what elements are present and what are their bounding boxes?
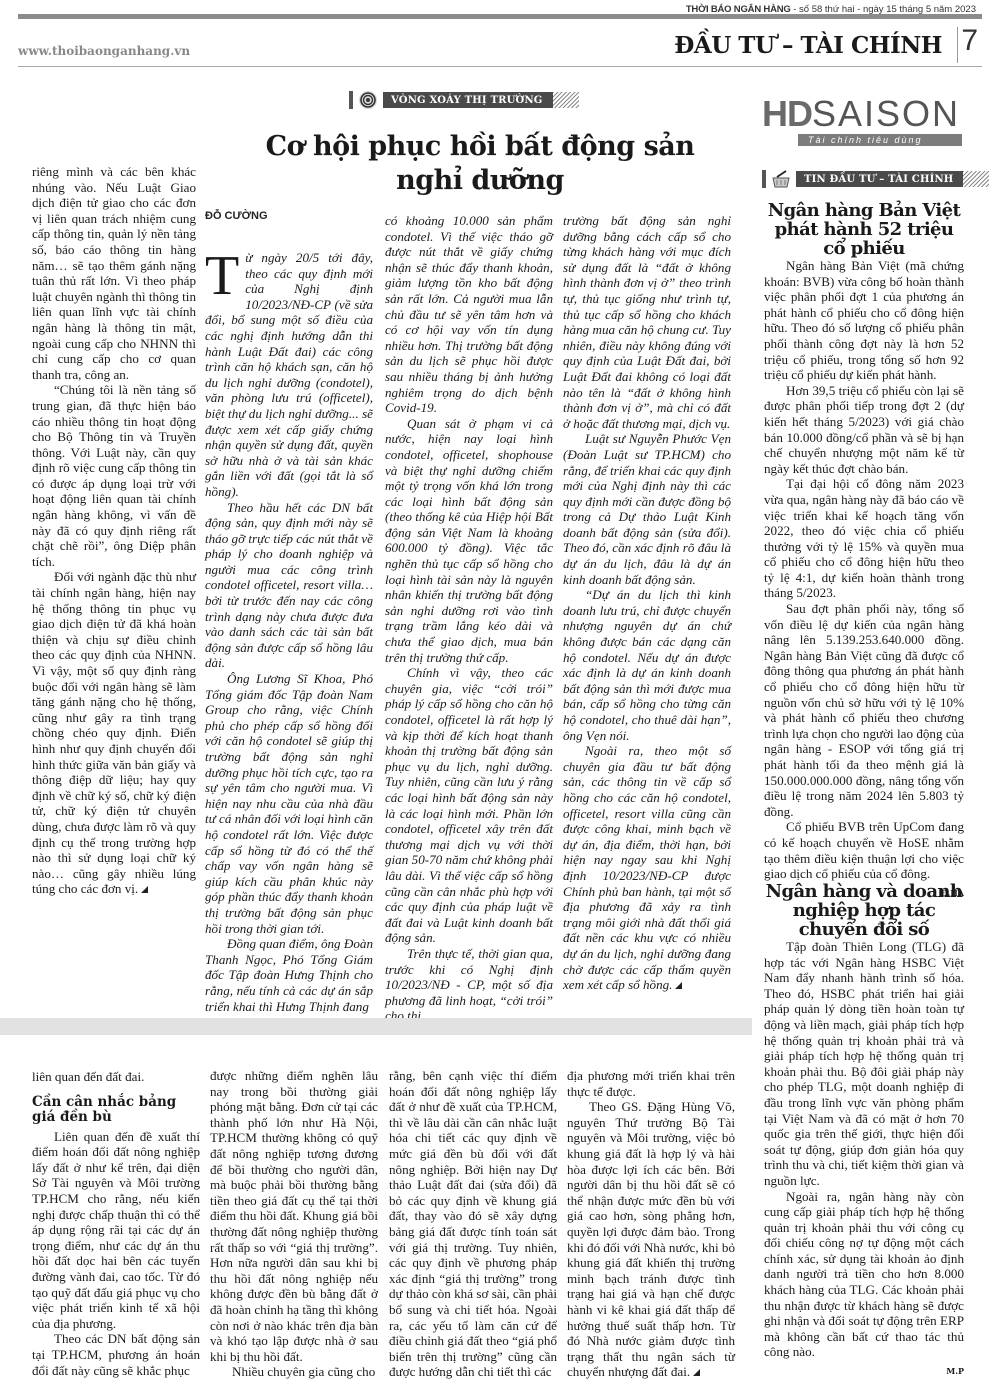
section-title: ĐẦU TƯ – TÀI CHÍNH bbox=[674, 32, 942, 59]
paragraph: địa phương mới triển khai trên thực tế đ… bbox=[567, 1068, 735, 1099]
spiral-icon bbox=[357, 89, 379, 111]
hdsaison-logo: HDSAISON bbox=[762, 96, 962, 132]
bottom-col-1: liên quan đến đất đai. Cần cân nhắc bảng… bbox=[32, 1069, 200, 1378]
kicker-bar bbox=[762, 170, 766, 188]
drop-cap: T bbox=[205, 250, 245, 298]
page-number: 7 bbox=[961, 24, 978, 58]
basket-icon bbox=[770, 168, 792, 190]
paragraph: Theo hầu hết các DN bất động sản, quy đị… bbox=[205, 500, 373, 672]
bottom-col-3: rằng, bên cạnh việc thí điểm hoán đổi đấ… bbox=[389, 1068, 557, 1380]
website-link[interactable]: www.thoibaonganhang.vn bbox=[18, 44, 190, 58]
paragraph: Quan sát ở phạm vi cả nước, hiện nay loạ… bbox=[385, 416, 553, 666]
paragraph: Chính vì vậy, theo các chuyên gia, việc … bbox=[385, 665, 553, 946]
sidebar-article-1: Ngân hàng Bản Việt phát hành 52 triệu cổ… bbox=[764, 201, 964, 901]
paragraph: Ngoài ra, ngân hàng này còn cung cấp giả… bbox=[764, 1189, 964, 1361]
article-headline[interactable]: Ngân hàng Bản Việt phát hành 52 triệu cổ… bbox=[764, 201, 964, 258]
paragraph: Đối với ngành đặc thù như tài chính ngân… bbox=[32, 569, 196, 896]
paragraph: Theo các DN bất động sản tại TP.HCM, phư… bbox=[32, 1331, 200, 1378]
paragraph: Tập đoàn Thiên Long (TLG) đã hợp tác với… bbox=[764, 939, 964, 1189]
paragraph: Ông Lương Sĩ Khoa, Phó Tổng giám đốc Tập… bbox=[205, 671, 373, 936]
paragraph: Liên quan đến đề xuất thí điểm hoán đổi … bbox=[32, 1129, 200, 1332]
paragraph: riêng mình và các bên khác nhúng vào. Nế… bbox=[32, 164, 196, 382]
paragraph: Tại đại hội cổ đông năm 2023 vừa qua, ng… bbox=[764, 476, 964, 601]
sidebar-kicker: TIN ĐẦU TƯ – TÀI CHÍNH bbox=[762, 168, 989, 190]
paragraph: Theo GS. Đặng Hùng Võ, nguyên Thứ trưởng… bbox=[567, 1099, 735, 1380]
main-col-1: Từ ngày 20/5 tới đây, theo các quy định … bbox=[205, 250, 373, 1014]
paragraph: Luật sư Nguyễn Phước Vẹn (Đoàn Luật sư T… bbox=[563, 431, 731, 587]
paragraph: liên quan đến đất đai. bbox=[32, 1069, 200, 1085]
section-divider-band bbox=[0, 1018, 752, 1035]
main-col-2: có khoảng 10.000 sản phẩm condotel. Vì t… bbox=[385, 213, 553, 1024]
paragraph: Nhiều chuyên gia cũng cho bbox=[210, 1364, 378, 1380]
paragraph: Trên thực tế, thời gian qua, trước khi c… bbox=[385, 946, 553, 1024]
paragraph: Hơn 39,5 triệu cổ phiếu còn lại sẽ được … bbox=[764, 383, 964, 477]
bottom-col-2: được những điểm nghẽn lâu nay trong bồi … bbox=[210, 1068, 378, 1380]
sidebar-article-2: Ngân hàng và doanh nghiệp hợp tác chuyển… bbox=[764, 882, 964, 1380]
hdsaison-tagline: Tài chính tiêu dùng bbox=[798, 134, 962, 146]
page-number-divider bbox=[957, 27, 958, 63]
author-initials: M.P bbox=[764, 1364, 964, 1380]
paragraph: Đồng quan điểm, ông Đoàn Thanh Ngọc, Phó… bbox=[205, 936, 373, 1014]
lead-paragraph: Từ ngày 20/5 tới đây, theo các quy định … bbox=[205, 250, 373, 500]
subheading: Cần cân nhắc bảng giá đền bù bbox=[32, 1095, 200, 1125]
kicker-bar bbox=[349, 91, 353, 109]
hdsaison-ad[interactable]: HDSAISON Tài chính tiêu dùng bbox=[762, 96, 962, 146]
kicker-label: TIN ĐẦU TƯ – TÀI CHÍNH bbox=[796, 171, 963, 187]
top-rule bbox=[18, 14, 982, 19]
end-mark-icon bbox=[693, 1369, 700, 1376]
kicker-label: VÒNG XOÁY THỊ TRƯỜNG bbox=[383, 92, 553, 108]
end-mark-icon bbox=[141, 886, 148, 893]
main-kicker: VÒNG XOÁY THỊ TRƯỜNG bbox=[349, 89, 579, 111]
paragraph: “Dự án du lịch thì kinh doanh lưu trú, c… bbox=[563, 587, 731, 743]
main-col-3: trường bất động sản nghỉ dưỡng bằng cách… bbox=[563, 213, 731, 993]
paragraph: rằng, bên cạnh việc thí điểm hoán đổi đấ… bbox=[389, 1068, 557, 1380]
paragraph: Ngân hàng Bản Việt (mã chứng khoán: BVB)… bbox=[764, 258, 964, 383]
paragraph: được những điểm nghẽn lâu nay trong bồi … bbox=[210, 1068, 378, 1364]
paragraph: “Chúng tôi là nền tảng số trung gian, đã… bbox=[32, 382, 196, 569]
kicker-hatch bbox=[963, 171, 989, 187]
paragraph: Cổ phiếu BVB trên UpCom đang có kế hoạch… bbox=[764, 819, 964, 881]
end-mark-icon bbox=[675, 982, 682, 989]
paragraph: có khoảng 10.000 sản phẩm condotel. Vì t… bbox=[385, 213, 553, 416]
left-column: riêng mình và các bên khác nhúng vào. Nế… bbox=[32, 164, 196, 897]
paragraph: trường bất động sản nghỉ dưỡng bằng cách… bbox=[563, 213, 731, 431]
byline: ĐỖ CƯỜNG bbox=[205, 210, 268, 222]
bottom-col-4: địa phương mới triển khai trên thực tế đ… bbox=[567, 1068, 735, 1380]
paragraph: Sau đợt phân phối này, tổng số vốn điều … bbox=[764, 601, 964, 819]
paragraph: Ngoài ra, theo một số chuyên gia đầu tư … bbox=[563, 743, 731, 993]
kicker-hatch bbox=[553, 92, 579, 108]
article-headline[interactable]: Ngân hàng và doanh nghiệp hợp tác chuyển… bbox=[764, 882, 964, 939]
header-rule bbox=[18, 66, 982, 67]
main-headline[interactable]: Cơ hội phục hồi bất động sản nghỉ dưỡng bbox=[230, 130, 730, 198]
